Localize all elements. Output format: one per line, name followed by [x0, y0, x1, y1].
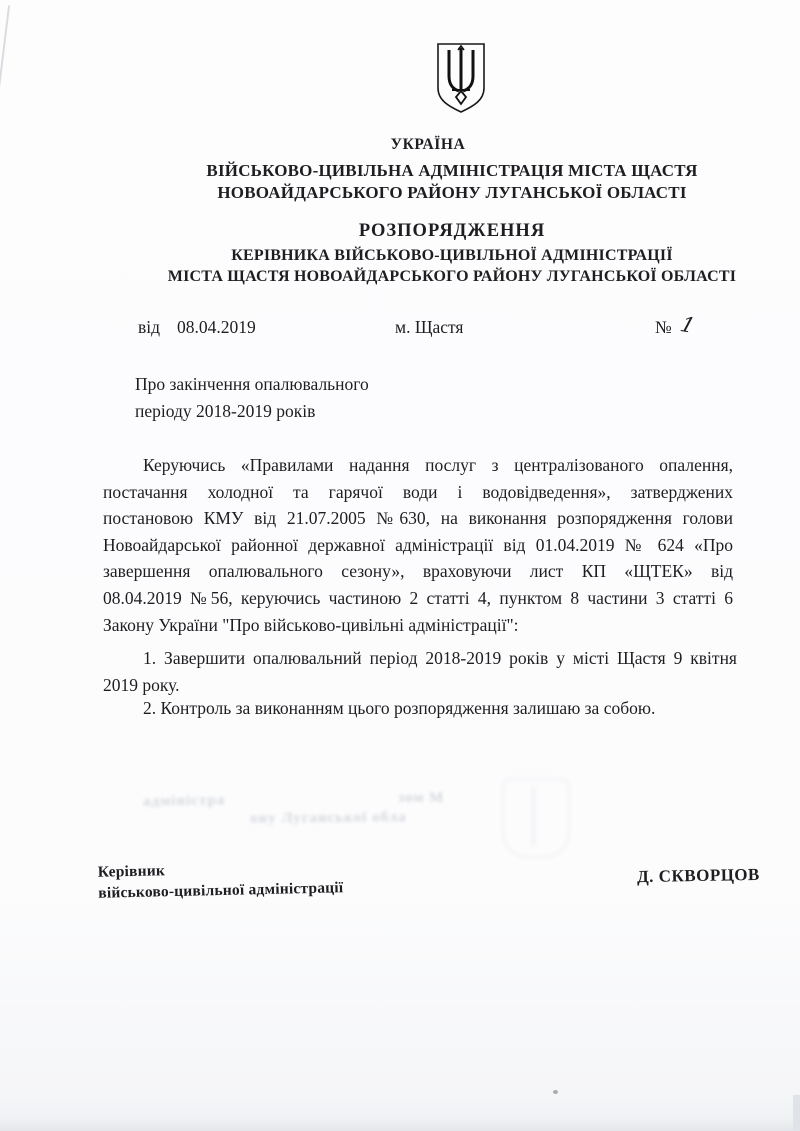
order-item-1: 1. Завершити опалювальний період 2018-20…	[103, 645, 737, 698]
order-item-1-line-2: 2019 року.	[103, 672, 737, 699]
organization-line-1: ВІЙСЬКОВО-ЦИВІЛЬНА АДМІНІСТРАЦІЯ МІСТА Щ…	[104, 160, 800, 182]
stamp-text-fragment: ону Луганської обла	[250, 809, 407, 827]
scan-speck	[553, 1090, 558, 1094]
subject-line-2: періоду 2018-2019 років	[135, 398, 475, 425]
organization-line-2: НОВОАЙДАРСЬКОГО РАЙОНУ ЛУГАНСЬКОЇ ОБЛАСТ…	[104, 182, 800, 204]
handwritten-document-number: 1	[678, 312, 698, 337]
number-label: №	[655, 317, 672, 338]
signatory-title-line-2: військово-цивільної адміністрації	[98, 877, 344, 904]
signatory-name: Д. СКВОРЦОВ	[637, 865, 760, 887]
body-line: 08.04.2019 №56, керуючись частиною 2 ста…	[103, 585, 733, 612]
document-type-title: РОЗПОРЯДЖЕННЯ	[104, 221, 800, 242]
date-place-number-row: від 08.04.2019 м. Щастя № 1	[0, 317, 800, 343]
letterhead: УКРАЇНА ВІЙСЬКОВО-ЦИВІЛЬНА АДМІНІСТРАЦІЯ…	[104, 136, 800, 204]
document-subtitle-2: МІСТА ЩАСТЯ НОВОАЙДАРСЬКОГО РАЙОНУ ЛУГАН…	[104, 267, 800, 288]
body-line: Новоайдарської районної державної адміні…	[103, 532, 733, 559]
document-title-block: РОЗПОРЯДЖЕННЯ КЕРІВНИКА ВІЙСЬКОВО-ЦИВІЛЬ…	[104, 221, 800, 287]
order-item-2: 2. Контроль за виконанням цього розпоряд…	[103, 698, 753, 719]
body-line: постановою КМУ від 21.07.2005 №630, на в…	[103, 505, 733, 532]
page-crease-line	[0, 5, 10, 89]
place-name: м. Щастя	[395, 317, 463, 338]
body-line: постачання холодної та гарячої води і во…	[103, 479, 733, 506]
scanned-document-page: УКРАЇНА ВІЙСЬКОВО-ЦИВІЛЬНА АДМІНІСТРАЦІЯ…	[0, 0, 800, 1131]
stamp-text-fragment: зом М	[398, 790, 444, 807]
country-title: УКРАЇНА	[80, 136, 776, 154]
body-line: Закону України "Про військово-цивільні а…	[103, 612, 733, 639]
scan-right-edge-shadow	[793, 1095, 800, 1131]
document-subtitle-1: КЕРІВНИКА ВІЙСЬКОВО-ЦИВІЛЬНОЇ АДМІНІСТРА…	[104, 246, 800, 267]
stamp-text-fragment: адміністра	[143, 792, 226, 810]
preamble-paragraph: Керуючись «Правилами надання послуг з це…	[103, 452, 733, 638]
scan-bottom-shadow	[0, 1120, 800, 1131]
subject-block: Про закінчення опалювального періоду 201…	[135, 371, 475, 424]
date-value: 08.04.2019	[177, 317, 256, 338]
order-item-1-line-1: 1. Завершити опалювальний період 2018-20…	[103, 645, 737, 672]
body-line: Керуючись «Правилами надання послуг з це…	[103, 452, 733, 479]
date-label: від	[138, 317, 160, 338]
signatory-title: Керівник військово-цивільної адміністрац…	[98, 856, 344, 904]
subject-line-1: Про закінчення опалювального	[135, 371, 475, 398]
stamp-ghost-emblem	[502, 778, 570, 858]
body-line: завершення опалювального сезону», врахов…	[103, 558, 733, 585]
coat-of-arms-trident-icon	[435, 42, 487, 114]
